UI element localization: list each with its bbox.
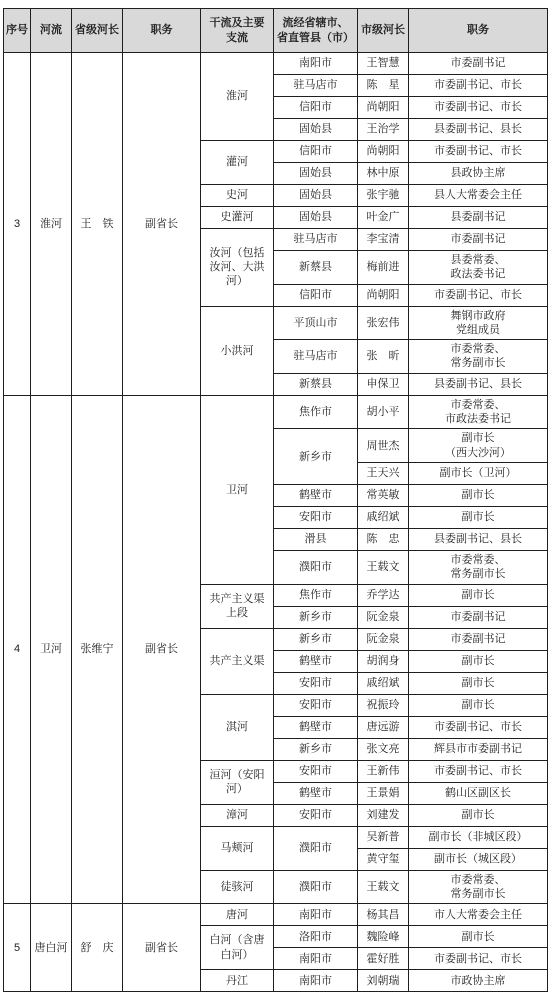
cell-city-name: 驻马店市	[274, 229, 358, 251]
cell-city-name: 濮阳市	[274, 870, 358, 904]
cell-city-chief: 王载文	[358, 870, 409, 904]
cell-city-chief: 阮金泉	[358, 628, 409, 650]
cell-city-title: 市委副书记、市长	[409, 141, 548, 163]
cell-city-title: 副市长（卫河）	[409, 462, 548, 484]
cell-city-name: 鹤壁市	[274, 782, 358, 804]
cell-city-title: 舞钢市政府 党组成员	[409, 306, 548, 340]
cell-city-name: 新乡市	[274, 429, 358, 485]
header-row: 序号 河流 省级河长 职务 干流及主要 支流 流经省辖市、 省直管县（市） 市级…	[4, 9, 548, 53]
cell-city-name: 固始县	[274, 207, 358, 229]
cell-city-title: 市委常委、 市政法委书记	[409, 395, 548, 429]
cell-seq-number: 5	[4, 904, 31, 992]
cell-city-name: 南阳市	[274, 53, 358, 75]
cell-city-name: 安阳市	[274, 506, 358, 528]
cell-city-chief: 吴新普	[358, 826, 409, 848]
cell-city-title: 市委副书记、市长	[409, 284, 548, 306]
cell-city-chief: 胡小平	[358, 395, 409, 429]
cell-city-chief: 王景娟	[358, 782, 409, 804]
cell-city-chief: 刘朝瑞	[358, 970, 409, 992]
cell-city-name: 鹤壁市	[274, 484, 358, 506]
cell-city-title: 副市长	[409, 650, 548, 672]
cell-city-chief: 胡润身	[358, 650, 409, 672]
cell-province-title: 副省长	[123, 904, 201, 992]
cell-city-name: 固始县	[274, 119, 358, 141]
cell-city-title: 副市长	[409, 804, 548, 826]
cell-city-chief: 陈 星	[358, 75, 409, 97]
cell-city-title: 市委常委、 常务副市长	[409, 550, 548, 584]
cell-city-chief: 戚绍斌	[358, 506, 409, 528]
cell-city-name: 濮阳市	[274, 550, 358, 584]
cell-city-title: 副市长	[409, 694, 548, 716]
cell-city-name: 安阳市	[274, 760, 358, 782]
cell-city-chief: 戚绍斌	[358, 672, 409, 694]
cell-city-name: 固始县	[274, 185, 358, 207]
cell-city-title: 鹤山区副区长	[409, 782, 548, 804]
cell-city-title: 县委副书记、县长	[409, 119, 548, 141]
cell-city-name: 焦作市	[274, 584, 358, 606]
cell-city-name: 南阳市	[274, 948, 358, 970]
cell-city-name: 信阳市	[274, 284, 358, 306]
cell-city-title: 县委副书记、县长	[409, 373, 548, 395]
cell-city-title: 市委副书记	[409, 606, 548, 628]
cell-city-title: 副市长（城区段）	[409, 848, 548, 870]
cell-city-title: 市委副书记、市长	[409, 75, 548, 97]
table-row: 3淮河王 铁副省长淮河南阳市王智慧市委副书记	[4, 53, 548, 75]
cell-city-title: 市委副书记、市长	[409, 760, 548, 782]
cell-river-name: 淮河	[31, 53, 72, 396]
cell-tributary-name: 漳河	[201, 804, 274, 826]
cell-province-title: 副省长	[123, 395, 201, 903]
table-row: 5唐白河舒 庆副省长唐河南阳市杨其昌市人大常委会主任	[4, 904, 548, 926]
cell-city-title: 县委常委、 政法委书记	[409, 251, 548, 285]
cell-city-title: 副市长	[409, 584, 548, 606]
cell-tributary-name: 史河	[201, 185, 274, 207]
cell-city-name: 固始县	[274, 163, 358, 185]
header-city: 流经省辖市、 省直管县（市）	[274, 9, 358, 53]
cell-city-title: 市委副书记	[409, 229, 548, 251]
cell-tributary-name: 共产主义渠	[201, 628, 274, 694]
cell-city-title: 副市长	[409, 672, 548, 694]
cell-seq-number: 4	[4, 395, 31, 903]
cell-city-title: 市委副书记	[409, 53, 548, 75]
cell-city-chief: 刘建发	[358, 804, 409, 826]
cell-city-name: 驻马店市	[274, 75, 358, 97]
cell-city-title: 市委副书记、市长	[409, 948, 548, 970]
cell-city-name: 新乡市	[274, 738, 358, 760]
cell-city-chief: 尚朝阳	[358, 97, 409, 119]
cell-province-chief: 王 铁	[72, 53, 123, 396]
cell-city-chief: 张 昕	[358, 340, 409, 374]
cell-city-name: 安阳市	[274, 672, 358, 694]
cell-city-chief: 杨其昌	[358, 904, 409, 926]
river-chiefs-table: 序号 河流 省级河长 职务 干流及主要 支流 流经省辖市、 省直管县（市） 市级…	[3, 8, 548, 992]
header-seq: 序号	[4, 9, 31, 53]
cell-city-title: 副市长	[409, 484, 548, 506]
cell-city-name: 濮阳市	[274, 826, 358, 870]
cell-city-chief: 尚朝阳	[358, 284, 409, 306]
cell-city-name: 新乡市	[274, 628, 358, 650]
cell-tributary-name: 徒骇河	[201, 870, 274, 904]
header-province-chief: 省级河长	[72, 9, 123, 53]
cell-city-chief: 张宏伟	[358, 306, 409, 340]
cell-city-chief: 乔学达	[358, 584, 409, 606]
cell-city-title: 市委常委、 常务副市长	[409, 870, 548, 904]
cell-city-chief: 阮金泉	[358, 606, 409, 628]
cell-city-title: 市委常委、 常务副市长	[409, 340, 548, 374]
cell-city-chief: 王载文	[358, 550, 409, 584]
cell-tributary-name: 淇河	[201, 694, 274, 760]
cell-city-name: 平顶山市	[274, 306, 358, 340]
cell-city-name: 信阳市	[274, 97, 358, 119]
cell-city-name: 南阳市	[274, 904, 358, 926]
cell-city-name: 南阳市	[274, 970, 358, 992]
cell-city-name: 新蔡县	[274, 373, 358, 395]
cell-tributary-name: 淮河	[201, 53, 274, 141]
cell-city-name: 滑县	[274, 528, 358, 550]
cell-city-chief: 祝振玲	[358, 694, 409, 716]
cell-city-name: 安阳市	[274, 804, 358, 826]
cell-city-chief: 王天兴	[358, 462, 409, 484]
cell-city-title: 县委副书记	[409, 207, 548, 229]
cell-city-name: 焦作市	[274, 395, 358, 429]
cell-city-chief: 李宝清	[358, 229, 409, 251]
cell-tributary-name: 灌河	[201, 141, 274, 185]
cell-tributary-name: 共产主义渠 上段	[201, 584, 274, 628]
cell-city-chief: 张宇驰	[358, 185, 409, 207]
cell-tributary-name: 白河（含唐 白河）	[201, 926, 274, 970]
cell-city-title: 市政协主席	[409, 970, 548, 992]
cell-city-chief: 周世杰	[358, 429, 409, 463]
cell-city-title: 市人大常委会主任	[409, 904, 548, 926]
table-row: 4卫河张维宁副省长卫河焦作市胡小平市委常委、 市政法委书记	[4, 395, 548, 429]
cell-tributary-name: 唐河	[201, 904, 274, 926]
cell-river-name: 卫河	[31, 395, 72, 903]
cell-tributary-name: 汝河（包括 汝河、大洪 河）	[201, 229, 274, 307]
cell-city-chief: 魏险峰	[358, 926, 409, 948]
cell-city-title: 副市长 （西大沙河）	[409, 429, 548, 463]
cell-tributary-name: 丹江	[201, 970, 274, 992]
cell-city-name: 驻马店市	[274, 340, 358, 374]
cell-city-title: 市委副书记、市长	[409, 716, 548, 738]
cell-city-title: 市委副书记、市长	[409, 97, 548, 119]
river-table-body: 3淮河王 铁副省长淮河南阳市王智慧市委副书记驻马店市陈 星市委副书记、市长信阳市…	[4, 53, 548, 992]
cell-city-name: 新乡市	[274, 606, 358, 628]
cell-city-chief: 唐远游	[358, 716, 409, 738]
cell-city-chief: 常英敏	[358, 484, 409, 506]
cell-city-chief: 王新伟	[358, 760, 409, 782]
cell-city-chief: 王治学	[358, 119, 409, 141]
cell-city-chief: 陈 忠	[358, 528, 409, 550]
cell-seq-number: 3	[4, 53, 31, 396]
cell-city-title: 县人大常委会主任	[409, 185, 548, 207]
cell-city-title: 市委副书记	[409, 628, 548, 650]
cell-city-title: 县委副书记、县长	[409, 528, 548, 550]
cell-city-title: 副市长	[409, 506, 548, 528]
cell-river-name: 唐白河	[31, 904, 72, 992]
cell-city-name: 新蔡县	[274, 251, 358, 285]
cell-city-name: 洛阳市	[274, 926, 358, 948]
cell-city-title: 辉县市市委副书记	[409, 738, 548, 760]
header-city-title: 职务	[409, 9, 548, 53]
cell-city-chief: 梅前进	[358, 251, 409, 285]
header-province-title: 职务	[123, 9, 201, 53]
header-tributary: 干流及主要 支流	[201, 9, 274, 53]
cell-city-chief: 黄守玺	[358, 848, 409, 870]
cell-tributary-name: 小洪河	[201, 306, 274, 395]
cell-province-title: 副省长	[123, 53, 201, 396]
cell-city-chief: 张文亮	[358, 738, 409, 760]
cell-province-chief: 张维宁	[72, 395, 123, 903]
cell-city-chief: 尚朝阳	[358, 141, 409, 163]
cell-tributary-name: 马颊河	[201, 826, 274, 870]
cell-tributary-name: 洹河（安阳 河）	[201, 760, 274, 804]
cell-city-chief: 申保卫	[358, 373, 409, 395]
cell-city-name: 鹤壁市	[274, 650, 358, 672]
cell-city-name: 鹤壁市	[274, 716, 358, 738]
header-river: 河流	[31, 9, 72, 53]
document-page: 序号 河流 省级河长 职务 干流及主要 支流 流经省辖市、 省直管县（市） 市级…	[0, 0, 550, 992]
cell-city-title: 副市长	[409, 926, 548, 948]
cell-city-title: 副市长（非城区段）	[409, 826, 548, 848]
cell-city-chief: 叶金广	[358, 207, 409, 229]
header-city-chief: 市级河长	[358, 9, 409, 53]
cell-city-name: 信阳市	[274, 141, 358, 163]
cell-city-title: 县政协主席	[409, 163, 548, 185]
cell-city-name: 安阳市	[274, 694, 358, 716]
cell-city-chief: 霍好胜	[358, 948, 409, 970]
cell-tributary-name: 卫河	[201, 395, 274, 584]
cell-city-chief: 林中原	[358, 163, 409, 185]
cell-city-chief: 王智慧	[358, 53, 409, 75]
cell-province-chief: 舒 庆	[72, 904, 123, 992]
cell-tributary-name: 史灌河	[201, 207, 274, 229]
